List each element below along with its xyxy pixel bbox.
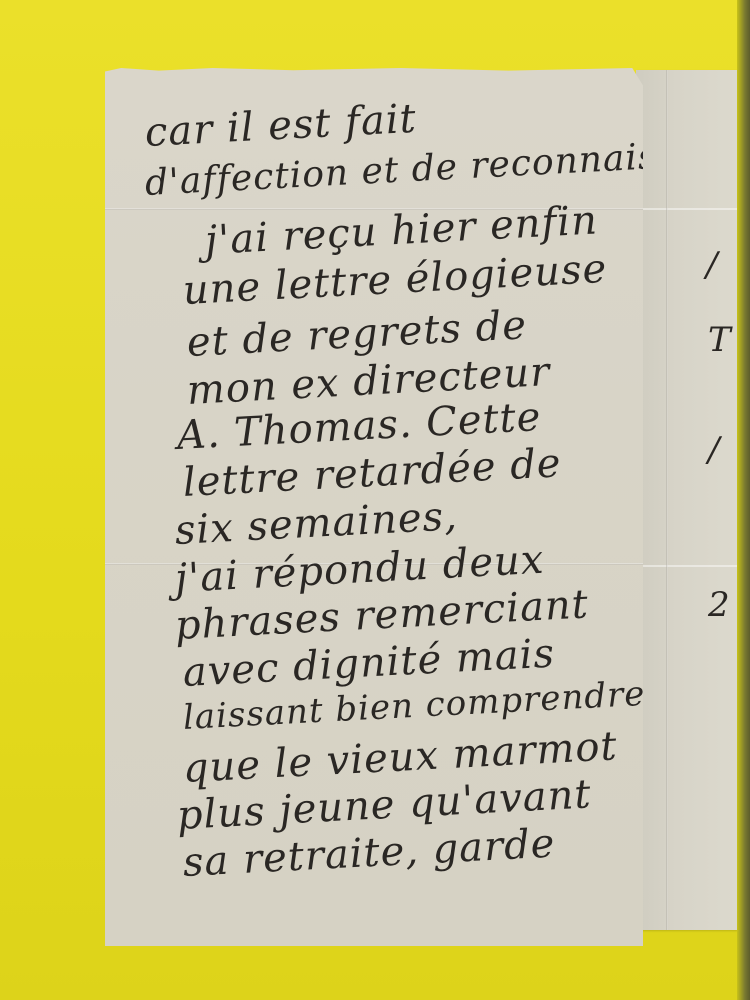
letter-line: car il est fait (144, 96, 418, 156)
handwriting-fragment: 2 (708, 585, 730, 625)
handwritten-text: car il est fait d'affection et de reconn… (105, 68, 643, 946)
fold-line (636, 208, 737, 210)
handwriting-fragment: T (708, 320, 731, 360)
vertical-crease (666, 70, 668, 930)
letter-page: car il est fait d'affection et de reconn… (105, 68, 643, 946)
handwriting-fragment: / (706, 245, 717, 285)
second-letter-page: / T / 2 (636, 70, 737, 930)
handwriting-fragment: / (708, 430, 719, 470)
fold-line (636, 565, 737, 567)
right-edge-shadow (737, 0, 750, 1000)
